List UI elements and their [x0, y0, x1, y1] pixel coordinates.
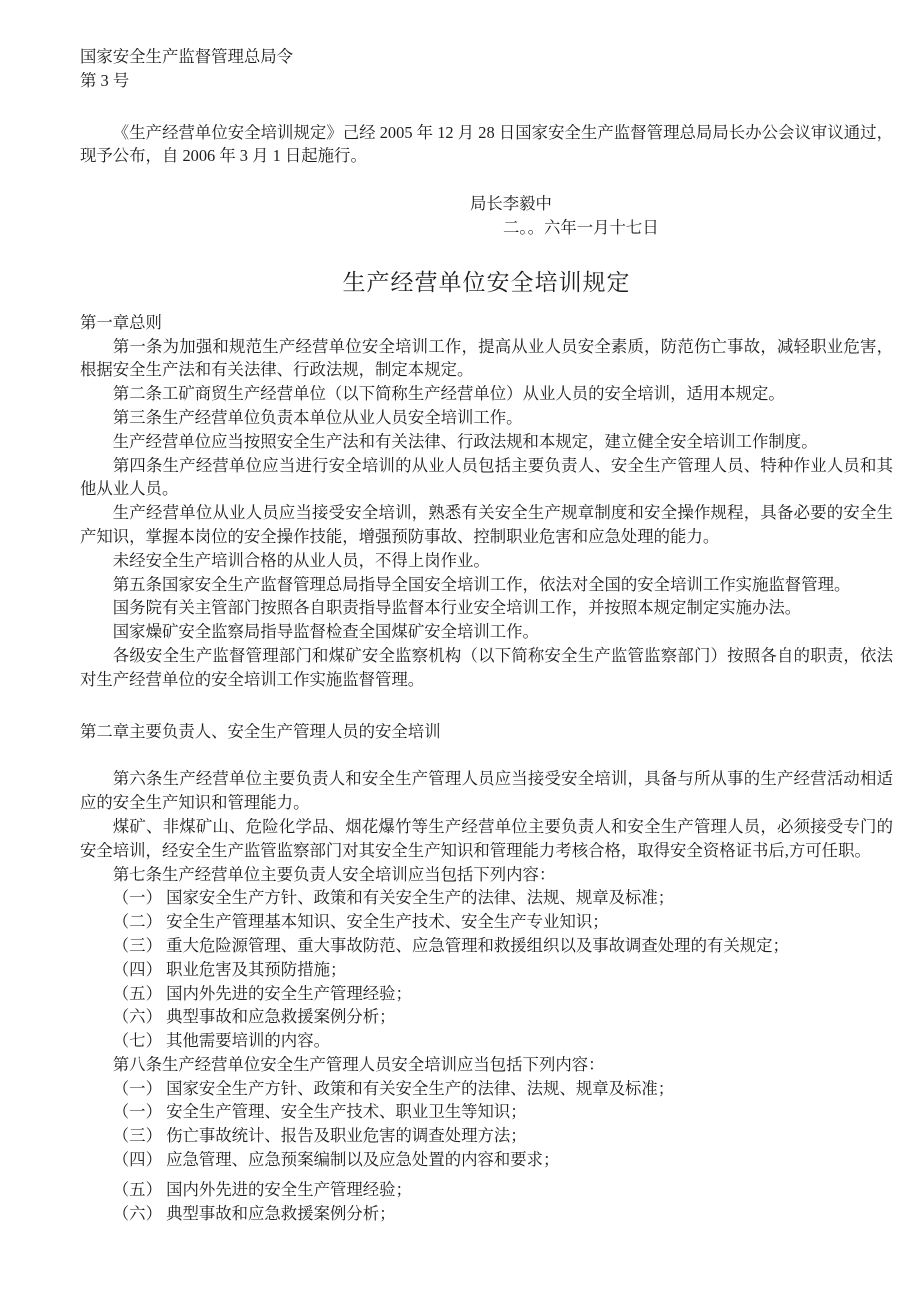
list-item: （四） 应急管理、应急预案编制以及应急处置的内容和要求；: [80, 1148, 893, 1172]
clause-paragraph: 未经安全生产培训合格的从业人员，不得上岗作业。: [80, 549, 893, 573]
list-item: （三） 伤亡事故统计、报告及职业危害的调查处理方法；: [80, 1124, 893, 1148]
clause-paragraph: 第八条生产经营单位安全生产管理人员安全培训应当包括下列内容：: [80, 1053, 893, 1077]
clause-paragraph: 煤矿、非煤矿山、危险化学品、烟花爆竹等生产经营单位主要负责人和安全生产管理人员，…: [80, 815, 893, 863]
clause-paragraph: 第四条生产经营单位应当进行安全培训的从业人员包括主要负责人、安全生产管理人员、特…: [80, 454, 893, 502]
list-item: （一） 国家安全生产方针、政策和有关安全生产的法律、法规、规章及标准；: [80, 886, 893, 910]
chapter-2-heading: 第二章主要负责人、安全生产管理人员的安全培训: [80, 720, 893, 744]
list-item: （七） 其他需要培训的内容。: [80, 1029, 893, 1053]
list-item: （二） 安全生产管理基本知识、安全生产技术、安全生产专业知识；: [80, 910, 893, 934]
list-item: （五） 国内外先进的安全生产管理经验；: [80, 982, 893, 1006]
clause-paragraph: 第六条生产经营单位主要负责人和安全生产管理人员应当接受安全培训，具备与所从事的生…: [80, 767, 893, 815]
clause-paragraph: 第一条为加强和规范生产经营单位安全培训工作，提高从业人员安全素质，防范伤亡事故，…: [80, 335, 893, 383]
clause-paragraph: 各级安全生产监督管理部门和煤矿安全监察机构（以下简称安全生产监管监察部门）按照各…: [80, 644, 893, 692]
decree-agency-line: 国家安全生产监督管理总局令: [80, 45, 893, 69]
signature-name: 局长李毅中: [80, 192, 893, 216]
list-item: （一） 安全生产管理、安全生产技术、职业卫生等知识；: [80, 1100, 893, 1124]
decree-number-line: 第 3 号: [80, 69, 893, 93]
list-item: （三） 重大危险源管理、重大事故防范、应急管理和救援组织以及事故调查处理的有关规…: [80, 934, 893, 958]
clause-paragraph: 国务院有关主管部门按照各自职责指导监督本行业安全培训工作，并按照本规定制定实施办…: [80, 596, 893, 620]
list-item: （一） 国家安全生产方针、政策和有关安全生产的法律、法规、规章及标准；: [80, 1077, 893, 1101]
clause-paragraph: 第五条国家安全生产监督管理总局指导全国安全培训工作，依法对全国的安全培训工作实施…: [80, 573, 893, 597]
list-item: （六） 典型事故和应急救援案例分析；: [80, 1202, 893, 1226]
clause-paragraph: 第二条工矿商贸生产经营单位（以下简称生产经营单位）从业人员的安全培训，适用本规定…: [80, 382, 893, 406]
clause-paragraph: 国家燥矿安全监察局指导监督检查全国煤矿安全培训工作。: [80, 620, 893, 644]
document-page: 国家安全生产监督管理总局令 第 3 号 《生产经营单位安全培训规定》己经 200…: [0, 0, 920, 1301]
clause-paragraph: 生产经营单位从业人员应当接受安全培训，熟悉有关安全生产规章制度和安全操作规程，具…: [80, 501, 893, 549]
clause-paragraph: 第七条生产经营单位主要负责人安全培训应当包括下列内容：: [80, 863, 893, 887]
clause-paragraph: 生产经营单位应当按照安全生产法和有关法律、行政法规和本规定，建立健全安全培训工作…: [80, 430, 893, 454]
document-title: 生产经营单位安全培训规定: [80, 263, 893, 303]
decree-announcement: 《生产经营单位安全培训规定》己经 2005 年 12 月 28 日国家安全生产监…: [80, 121, 893, 169]
clause-paragraph: 第三条生产经营单位负责本单位从业人员安全培训工作。: [80, 406, 893, 430]
list-item: （四） 职业危害及其预防措施；: [80, 958, 893, 982]
list-item: （五） 国内外先进的安全生产管理经验；: [80, 1178, 893, 1202]
signature-date: 二。。六年一月十七日: [80, 216, 893, 240]
list-item: （六） 典型事故和应急救援案例分析；: [80, 1005, 893, 1029]
chapter-1-heading: 第一章总则: [80, 311, 893, 335]
